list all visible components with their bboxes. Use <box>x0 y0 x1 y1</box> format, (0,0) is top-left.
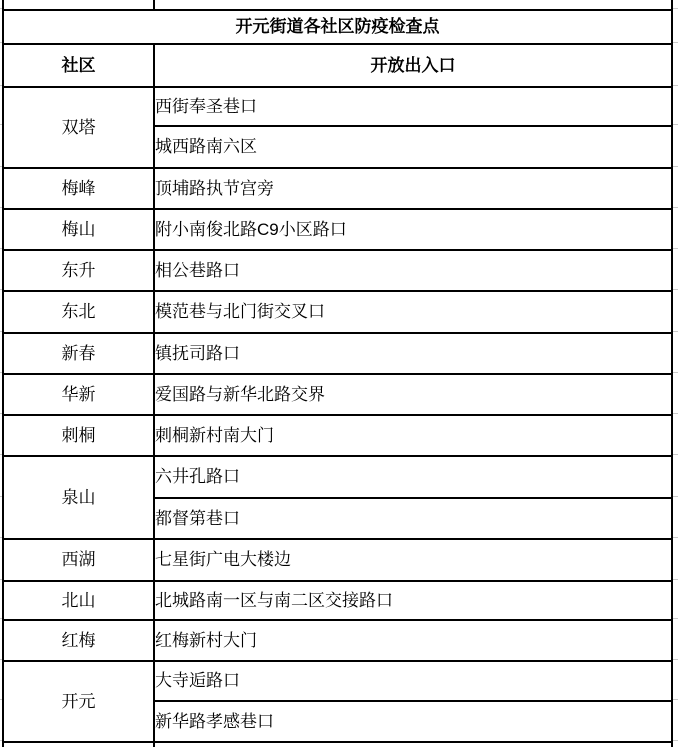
entrance-cell: 城西路南六区 <box>154 126 672 168</box>
entrance-cell: 顶埔路执节宫旁 <box>154 168 672 209</box>
gridline-stub <box>673 248 678 249</box>
community-cell: 红梅 <box>3 620 154 661</box>
entrance-cell: 爱国路与新华北路交界 <box>154 374 672 415</box>
community-cell: 东升 <box>3 250 154 291</box>
checkpoint-table: 开元街道各社区防疫检查点 社区 开放出入口 双塔 西街奉圣巷口 城西路南六区 梅… <box>2 0 673 747</box>
entrance-cell: 七星街广电大楼边 <box>154 539 672 581</box>
entrance-cell: 六井孔路口 <box>154 456 672 498</box>
gridline-stub <box>673 659 678 660</box>
gridline-stub <box>673 207 678 208</box>
entrance-cell: 相公巷路口 <box>154 250 672 291</box>
gridline-stub <box>673 85 678 86</box>
gridline-stub <box>673 699 678 700</box>
gridline-stub <box>673 454 678 455</box>
entrance-cell: 北城路南一区与南二区交接路口 <box>154 581 672 620</box>
community-cell: 刺桐 <box>3 415 154 456</box>
gridline-stub <box>0 331 2 332</box>
column-header-community: 社区 <box>3 44 154 87</box>
gridline-stub <box>673 618 678 619</box>
community-cell: 华新 <box>3 374 154 415</box>
gridline-stub <box>673 740 678 741</box>
gridline-stub <box>0 207 2 208</box>
entrance-cell: 镇抚司路口 <box>154 333 672 374</box>
partial-row-cell <box>154 0 672 10</box>
gridline-stub <box>673 496 678 497</box>
gridline-stub <box>0 618 2 619</box>
gridline-stub <box>0 289 2 290</box>
gridline-stub <box>0 496 2 497</box>
gridline-stub <box>673 289 678 290</box>
entrance-cell: 都督第巷口 <box>154 498 672 539</box>
table-title: 开元街道各社区防疫检查点 <box>3 10 672 44</box>
partial-row-cell <box>154 742 672 747</box>
spreadsheet-page: 开元街道各社区防疫检查点 社区 开放出入口 双塔 西街奉圣巷口 城西路南六区 梅… <box>0 0 678 747</box>
gridline-stub <box>0 166 2 167</box>
gridline-stub <box>0 537 2 538</box>
community-cell: 新春 <box>3 333 154 374</box>
gridline-stub <box>0 372 2 373</box>
community-cell: 梅山 <box>3 209 154 250</box>
entrance-cell: 新华路孝感巷口 <box>154 701 672 742</box>
community-cell: 开元 <box>3 661 154 742</box>
gridline-stub <box>0 579 2 580</box>
gridline-stub <box>673 331 678 332</box>
column-header-entrance: 开放出入口 <box>154 44 672 87</box>
gridline-stub <box>673 579 678 580</box>
gridline-stub <box>0 413 2 414</box>
community-cell: 东北 <box>3 291 154 333</box>
gridline-stub <box>0 248 2 249</box>
entrance-cell: 西街奉圣巷口 <box>154 87 672 126</box>
community-cell: 北山 <box>3 581 154 620</box>
gridline-stub <box>673 42 678 43</box>
entrance-cell: 附小南俊北路C9小区路口 <box>154 209 672 250</box>
partial-row-cell <box>3 742 154 747</box>
gridline-stub <box>0 699 2 700</box>
community-cell: 泉山 <box>3 456 154 539</box>
gridline-stub <box>0 454 2 455</box>
gridline-stub <box>673 537 678 538</box>
community-cell: 梅峰 <box>3 168 154 209</box>
entrance-cell: 模范巷与北门街交叉口 <box>154 291 672 333</box>
gridline-stub <box>673 413 678 414</box>
partial-row-cell <box>3 0 154 10</box>
gridline-stub <box>0 85 2 86</box>
entrance-cell: 刺桐新村南大门 <box>154 415 672 456</box>
gridline-stub <box>673 124 678 125</box>
gridline-stub <box>673 8 678 9</box>
community-cell: 西湖 <box>3 539 154 581</box>
gridline-stub <box>0 124 2 125</box>
gridline-stub <box>0 8 2 9</box>
gridline-stub <box>0 42 2 43</box>
gridline-stub <box>673 166 678 167</box>
entrance-cell: 红梅新村大门 <box>154 620 672 661</box>
community-cell: 双塔 <box>3 87 154 168</box>
gridline-stub <box>673 372 678 373</box>
gridline-stub <box>0 740 2 741</box>
entrance-cell: 大寺逅路口 <box>154 661 672 701</box>
gridline-stub <box>0 659 2 660</box>
